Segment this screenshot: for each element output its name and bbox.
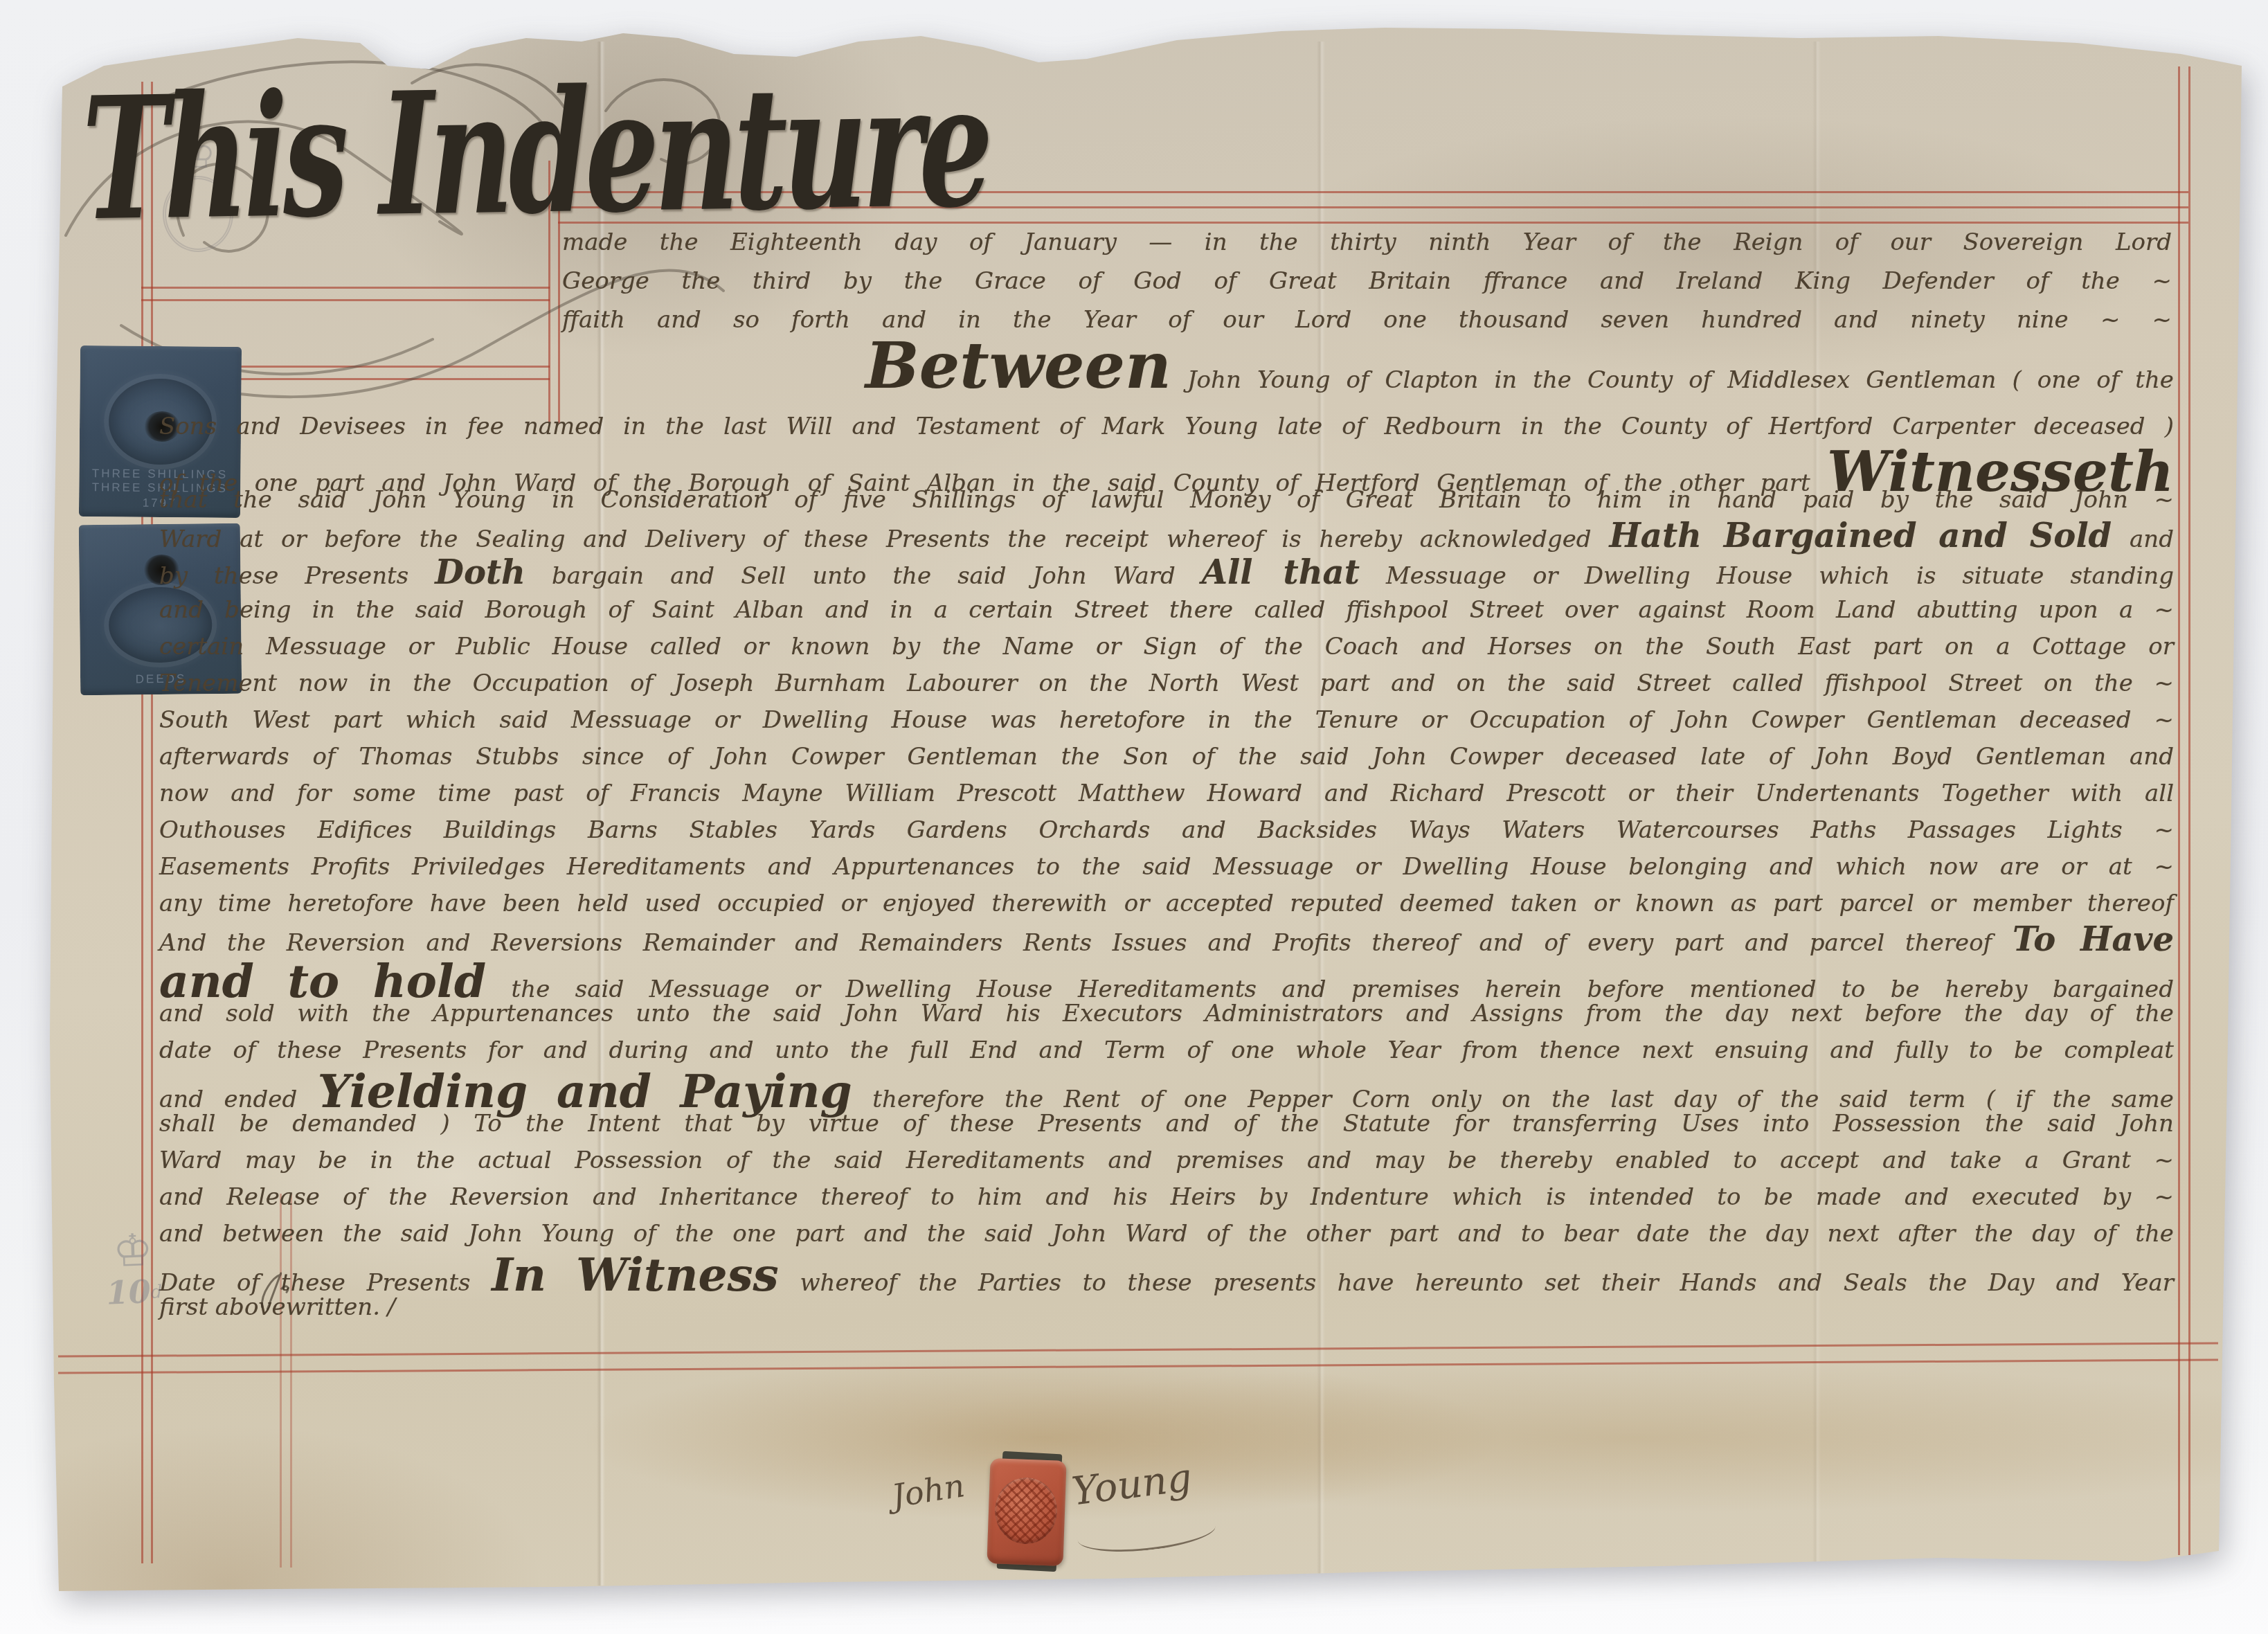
- deed-line: Sons and Devisees in fee named in the la…: [159, 413, 2174, 440]
- signature-swash: [1076, 1508, 1217, 1559]
- deed-line-text: now and for some time past of Francis Ma…: [159, 780, 2174, 807]
- deed-line-text: Ward may be in the actual Possession of …: [159, 1147, 2174, 1174]
- deed-line: and ended Yielding and Paying therefore …: [159, 1073, 2174, 1113]
- deed-line-text: whereof the Parties to these presents ha…: [779, 1269, 2174, 1297]
- deed-line: any time heretofore have been held used …: [159, 890, 2174, 917]
- deed-line-text: and: [2112, 526, 2174, 553]
- ruled-line-bottom: [58, 1342, 2218, 1357]
- deed-line-text: date of these Presents for and during an…: [159, 1036, 2174, 1064]
- deed-line-text: certain Messuage or Public House called …: [159, 633, 2174, 661]
- deed-line-text: and sold with the Appurtenances unto the…: [159, 1000, 2174, 1027]
- deed-line-text: therefore the Rent of one Pepper Corn on…: [852, 1086, 2174, 1113]
- deed-line: Ward may be in the actual Possession of …: [159, 1147, 2174, 1174]
- deed-line: afterwards of Thomas Stubbs since of Joh…: [159, 743, 2174, 771]
- deed-line: shall be demanded ) To the Intent that b…: [159, 1110, 2174, 1138]
- parchment-wrapper: ♔ This Indenture Three Shillings Three S…: [0, 0, 2268, 1634]
- photo-of-indenture: ♔ This Indenture Three Shillings Three S…: [0, 0, 2268, 1634]
- deed-between-line: Between John Young of Clapton in the Cou…: [865, 341, 2174, 394]
- engrossed-word: Between: [865, 328, 1171, 403]
- duty-value: 10: [106, 1273, 152, 1311]
- deed-line-text: Easements Profits Priviledges Hereditame…: [159, 853, 2174, 881]
- engrossed-word: All that: [1202, 553, 1360, 592]
- ruled-line-left: [151, 82, 153, 1563]
- deed-line: and sold with the Appurtenances unto the…: [159, 1000, 2174, 1027]
- ruled-line-bottom-left: [280, 1194, 282, 1568]
- engrossed-word: To Have: [2013, 920, 2174, 959]
- deed-line-text: Date of these Presents: [159, 1269, 492, 1297]
- ruled-line-bottom-left: [290, 1194, 292, 1568]
- deed-line-text: the said Messuage or Dwelling House Here…: [486, 976, 2174, 1003]
- ruled-line-title-box: [141, 287, 550, 289]
- deed-opening-line: made the Eighteenth day of January — in …: [562, 228, 2172, 256]
- deed-line: that the said John Young in Consideratio…: [159, 486, 2174, 514]
- ruled-line-right: [2188, 66, 2190, 1555]
- duty-stamp: ♔ 10d: [80, 1227, 187, 1312]
- deed-line-text: and being in the said Borough of Saint A…: [159, 596, 2174, 624]
- deed-line: And the Reversion and Reversions Remaind…: [159, 926, 2174, 957]
- deed-line-text: Ward at or before the Sealing and Delive…: [159, 526, 1609, 553]
- deed-line: by these Presents Doth bargain and Sell …: [159, 559, 2174, 590]
- deed-line-text: that the said John Young in Consideratio…: [159, 486, 2174, 514]
- deed-line: Outhouses Edifices Buildings Barns Stabl…: [159, 816, 2174, 844]
- clerk-ink-mark: [254, 1265, 295, 1318]
- deed-line-text: shall be demanded ) To the Intent that b…: [159, 1110, 2174, 1138]
- deed-line: Date of these Presents In Witness whereo…: [159, 1257, 2174, 1297]
- parchment-sheet: ♔ This Indenture Three Shillings Three S…: [0, 0, 2268, 1634]
- engrossed-word: In Witness: [492, 1248, 779, 1302]
- ruled-line-right: [2178, 66, 2180, 1555]
- deed-line-text: and ended: [159, 1086, 318, 1113]
- engrossed-word: Hath Bargained and Sold: [1609, 517, 2112, 555]
- deed-line-text: any time heretofore have been held used …: [159, 890, 2174, 917]
- deed-line: and to hold the said Messuage or Dwellin…: [159, 963, 2174, 1003]
- deed-line-text: and Release of the Reversion and Inherit…: [159, 1183, 2174, 1211]
- deed-line-text: and between the said John Young of the o…: [159, 1220, 2174, 1248]
- ruled-line-bottom: [58, 1358, 2218, 1374]
- deed-line: now and for some time past of Francis Ma…: [159, 780, 2174, 807]
- signature-first-name: John: [889, 1466, 967, 1515]
- deed-line-text: bargain and Sell unto the said John Ward: [525, 562, 1202, 590]
- document-title: This Indenture: [82, 64, 817, 244]
- wax-seal: [987, 1458, 1066, 1566]
- deed-line-text: Tenement now in the Occupation of Joseph…: [159, 670, 2174, 697]
- deed-line: Easements Profits Priviledges Hereditame…: [159, 853, 2174, 881]
- ruled-line-left: [141, 82, 143, 1563]
- deed-line: Ward at or before the Sealing and Delive…: [159, 523, 2174, 553]
- deed-line-text: Messuage or Dwelling House which is situ…: [1360, 562, 2174, 590]
- crown-icon: ♔: [80, 1227, 186, 1275]
- deed-line: certain Messuage or Public House called …: [159, 633, 2174, 661]
- deed-line-text: afterwards of Thomas Stubbs since of Joh…: [159, 743, 2174, 771]
- deed-line: date of these Presents for and during an…: [159, 1036, 2174, 1064]
- deed-line: and being in the said Borough of Saint A…: [159, 596, 2174, 624]
- deed-opening-text: made the Eighteenth day of January — in …: [562, 228, 2172, 256]
- wax-seal-impression: [993, 1476, 1058, 1545]
- deed-line-text: And the Reversion and Reversions Remaind…: [159, 929, 2013, 957]
- deed-opening-text: George the third by the Grace of God of …: [562, 267, 2172, 295]
- deed-line-text: South West part which said Messuage or D…: [159, 706, 2174, 734]
- deed-line-text: Outhouses Edifices Buildings Barns Stabl…: [159, 816, 2174, 844]
- engrossed-word: Doth: [435, 553, 525, 592]
- deed-line-text: Sons and Devisees in fee named in the la…: [159, 413, 2174, 440]
- deed-opening-line: ffaith and so forth and in the Year of o…: [562, 306, 2172, 334]
- deed-opening-line: George the third by the Grace of God of …: [562, 267, 2172, 295]
- deed-line: South West part which said Messuage or D…: [159, 706, 2174, 734]
- deed-line: Tenement now in the Occupation of Joseph…: [159, 670, 2174, 697]
- signature-last-name: Young: [1070, 1455, 1194, 1515]
- deed-line: and between the said John Young of the o…: [159, 1220, 2174, 1248]
- deed-line: and Release of the Reversion and Inherit…: [159, 1183, 2174, 1211]
- ruled-line-title-box: [141, 299, 550, 301]
- deed-line-text: John Young of Clapton in the County of M…: [1187, 366, 2174, 394]
- deed-line-text: by these Presents: [159, 562, 435, 590]
- deed-opening-text: ffaith and so forth and in the Year of o…: [562, 306, 2172, 334]
- duty-unit: d: [150, 1282, 163, 1303]
